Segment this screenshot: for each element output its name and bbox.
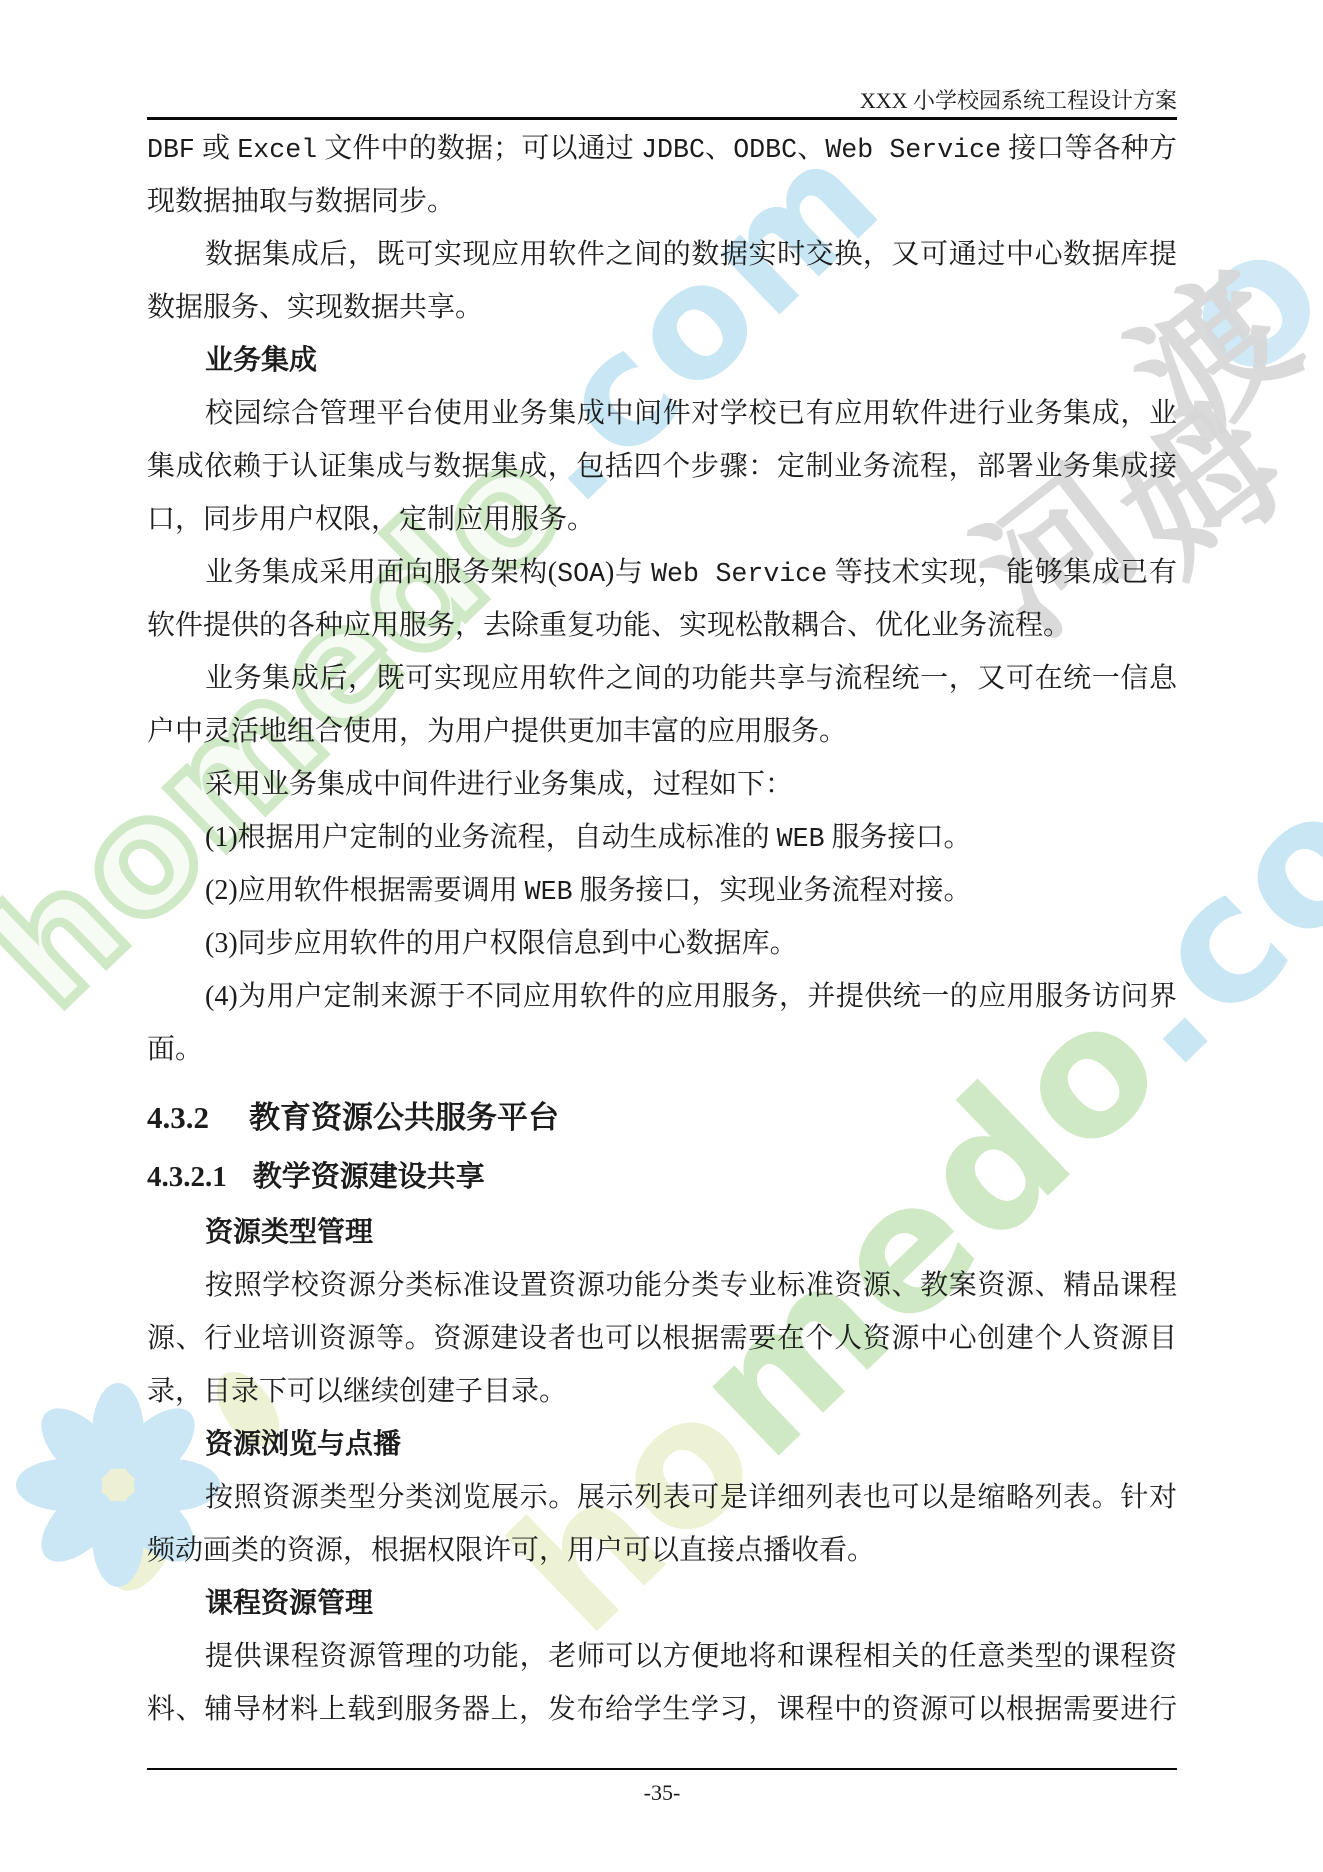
body-line: 口，同步用户权限，定制应用服务。 xyxy=(147,493,1177,546)
footer-page-number: -35- xyxy=(147,1780,1177,1806)
latin-text: Excel xyxy=(237,135,317,165)
document-body: DBF 或 Excel 文件中的数据；可以通过 JDBC、ODBC、Web Se… xyxy=(147,122,1177,1736)
body-line: 提供课程资源管理的功能，老师可以方便地将和课程相关的任意类型的课程资 xyxy=(147,1630,1177,1683)
body-line: 现数据抽取与数据同步。 xyxy=(147,175,1177,228)
header-rule xyxy=(147,117,1177,120)
body-line: 按照学校资源分类标准设置资源功能分类专业标准资源、教案资源、精品课程资 xyxy=(147,1259,1177,1312)
body-line: 频动画类的资源，根据权限许可，用户可以直接点播收看。 xyxy=(147,1524,1177,1577)
body-line: (4)为用户定制来源于不同应用软件的应用服务，并提供统一的应用服务访问界 xyxy=(147,970,1177,1023)
latin-text: ODBC xyxy=(733,135,797,165)
page-header-title: XXX 小学校园系统工程设计方案 xyxy=(147,84,1177,115)
body-line: 集成依赖于认证集成与数据集成，包括四个步骤：定制业务流程，部署业务集成接 xyxy=(147,440,1177,493)
body-line: 按照资源类型分类浏览展示。展示列表可是详细列表也可以是缩略列表。针对视 xyxy=(147,1471,1177,1524)
heading-title: 教育资源公共服务平台 xyxy=(249,1100,559,1135)
body-line: 料、辅导材料上载到服务器上，发布给学生学习，课程中的资源可以根据需要进行删 xyxy=(147,1683,1177,1736)
latin-text: SOA xyxy=(557,559,605,589)
latin-text: WEB xyxy=(525,877,573,907)
body-line: 源、行业培训资源等。资源建设者也可以根据需要在个人资源中心创建个人资源目 xyxy=(147,1312,1177,1365)
footer-rule xyxy=(147,1768,1177,1770)
body-line: (3)同步应用软件的用户权限信息到中心数据库。 xyxy=(147,917,1177,970)
latin-text: Web Service xyxy=(825,135,1001,165)
body-line: 录，目录下可以继续创建子目录。 xyxy=(147,1365,1177,1418)
document-page: homedo.com homedo.com o 河 姆 渡 XXX 小学校园系统… xyxy=(0,0,1323,1872)
body-line: 校园综合管理平台使用业务集成中间件对学校已有应用软件进行业务集成，业务 xyxy=(147,387,1177,440)
sub-heading-line: 业务集成 xyxy=(147,334,1177,387)
body-line: 面。 xyxy=(147,1023,1177,1076)
heading-number: 4.3.2.1 xyxy=(147,1161,227,1193)
body-line: 户中灵活地组合使用，为用户提供更加丰富的应用服务。 xyxy=(147,705,1177,758)
body-line: 数据服务、实现数据共享。 xyxy=(147,281,1177,334)
section-heading: 4.3.2教育资源公共服务平台 xyxy=(147,1090,1177,1146)
latin-text: JDBC xyxy=(641,135,705,165)
body-line: 采用业务集成中间件进行业务集成，过程如下： xyxy=(147,758,1177,811)
sub-heading-line: 资源类型管理 xyxy=(147,1206,1177,1259)
heading-number: 4.3.2 xyxy=(147,1100,209,1135)
body-line: 业务集成后，既可实现应用软件之间的功能共享与流程统一，又可在统一信息门 xyxy=(147,652,1177,705)
latin-text: DBF xyxy=(147,135,195,165)
body-line: 业务集成采用面向服务架构(SOA)与 Web Service 等技术实现，能够集… xyxy=(147,546,1177,599)
body-line: (2)应用软件根据需要调用 WEB 服务接口，实现业务流程对接。 xyxy=(147,864,1177,917)
content-layer: XXX 小学校园系统工程设计方案 DBF 或 Excel 文件中的数据；可以通过… xyxy=(0,0,1323,1872)
body-line: (1)根据用户定制的业务流程，自动生成标准的 WEB 服务接口。 xyxy=(147,811,1177,864)
sub-heading-line: 资源浏览与点播 xyxy=(147,1418,1177,1471)
latin-text: WEB xyxy=(777,824,825,854)
latin-text: Web Service xyxy=(651,559,827,589)
body-line: 数据集成后，既可实现应用软件之间的数据实时交换，又可通过中心数据库提供 xyxy=(147,228,1177,281)
sub-heading-line: 课程资源管理 xyxy=(147,1577,1177,1630)
heading-title: 教学资源建设共享 xyxy=(253,1161,485,1193)
body-line: DBF 或 Excel 文件中的数据；可以通过 JDBC、ODBC、Web Se… xyxy=(147,122,1177,175)
section-heading: 4.3.2.1教学资源建设共享 xyxy=(147,1150,1177,1204)
body-line: 软件提供的各种应用服务，去除重复功能、实现松散耦合、优化业务流程。 xyxy=(147,599,1177,652)
